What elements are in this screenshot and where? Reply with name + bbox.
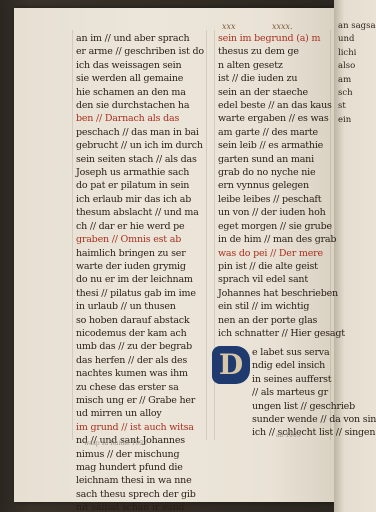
text-line: warte der iuden grymig bbox=[76, 260, 204, 273]
text-line: do pat er pilatum in sein bbox=[76, 179, 204, 192]
text-line: grab do no nyche nie bbox=[218, 166, 345, 179]
text-line: warte ergaben // es was bbox=[218, 112, 345, 125]
text-line: mag hundert pfund die bbox=[76, 461, 204, 474]
text-line: so hoben darauf abstack bbox=[76, 314, 204, 327]
text-line: ich schnatter // Hier gesagt bbox=[218, 327, 345, 340]
text-line: zu chese das erster sa bbox=[76, 381, 204, 394]
text-line: ern vynnus gelegen bbox=[218, 179, 345, 192]
text-line: pin ist // die alte geist bbox=[218, 260, 345, 273]
text-line: im grund // ist auch witsa bbox=[76, 421, 204, 434]
text-line: am garte // des marte bbox=[218, 126, 345, 139]
text-line: nen an der porte glas bbox=[218, 314, 345, 327]
initial-glyph: D bbox=[219, 348, 243, 381]
text-line: den sie durchstachen ha bbox=[76, 99, 204, 112]
text-line: ch // dar er hie werd pe bbox=[76, 220, 204, 233]
text-line: graben // Omnis est ab bbox=[76, 233, 204, 246]
text-line: sein leib // es armathie bbox=[218, 139, 345, 152]
text-line: umb das // zu der begrab bbox=[76, 340, 204, 353]
text-line: sie werden all gemaine bbox=[76, 72, 204, 85]
facing-page-text: an sagsadundlichialsoamschstein bbox=[338, 20, 376, 127]
text-line: sunder wende // da von sin bbox=[252, 413, 376, 426]
text-line: ud mirren un alloy bbox=[76, 407, 204, 420]
text-line: also bbox=[338, 60, 376, 73]
right-column-text: sein im begrund (a) mthesus zu dem gen a… bbox=[218, 32, 345, 340]
folio-mark: xxx bbox=[222, 22, 236, 31]
text-line: sein im begrund (a) m bbox=[218, 32, 345, 45]
text-line: hie schamen an den ma bbox=[76, 86, 204, 99]
text-line: und bbox=[338, 33, 376, 46]
text-line: in de him // man des grab bbox=[218, 233, 345, 246]
text-line: sein seiten stach // als das bbox=[76, 153, 204, 166]
text-line: er arme // geschriben ist do bbox=[76, 45, 204, 58]
text-line: sach thesu sprech der gib bbox=[76, 488, 204, 501]
text-line: ich erlaub mir das ich ab bbox=[76, 193, 204, 206]
pencil-note: ab 1003 bbox=[276, 432, 301, 439]
text-line: in urlaub // un thusen bbox=[76, 300, 204, 313]
text-line: ungen list // geschrieb bbox=[252, 400, 376, 413]
text-line: peschach // das man in bai bbox=[76, 126, 204, 139]
text-line: am bbox=[338, 74, 376, 87]
text-line: ndig edel insich bbox=[252, 359, 376, 372]
text-line: eget morgen // sie grube bbox=[218, 220, 345, 233]
text-line: edel beste // an das kaus bbox=[218, 99, 345, 112]
text-line: gebrucht // un ich im durch bbox=[76, 139, 204, 152]
text-line: thesus zu dem ge bbox=[218, 45, 345, 58]
text-line: sch bbox=[338, 87, 376, 100]
text-line: nicodemus der kam ach bbox=[76, 327, 204, 340]
text-line: Joseph us armathie sach bbox=[76, 166, 204, 179]
text-line: ein stil // im wichtig bbox=[218, 300, 345, 313]
text-line: garten sund an mani bbox=[218, 153, 345, 166]
pencil-note: wasp sa Ruime 1993 bbox=[84, 440, 147, 447]
text-line: lichi bbox=[338, 47, 376, 60]
ruling-line bbox=[206, 30, 207, 440]
text-line: nimus // der mischung bbox=[76, 448, 204, 461]
text-line: // als marteus gr bbox=[252, 386, 376, 399]
text-line: was do pei // Der mere bbox=[218, 247, 345, 260]
text-line: misch ung er // Grabe her bbox=[76, 394, 204, 407]
text-line: st bbox=[338, 100, 376, 113]
text-line: sein an der staeche bbox=[218, 86, 345, 99]
text-line: e labet sus serva bbox=[252, 346, 376, 359]
text-line: ich das weissagen sein bbox=[76, 59, 204, 72]
text-line: thesi // pilatus gab im ime bbox=[76, 287, 204, 300]
text-line: Johannes hat beschrieben bbox=[218, 287, 345, 300]
ruling-line bbox=[72, 30, 73, 440]
text-line: leibe leibes // peschaft bbox=[218, 193, 345, 206]
text-line: in seines aufferst bbox=[252, 373, 376, 386]
text-line: ist // die iuden zu bbox=[218, 72, 345, 85]
text-line: ein bbox=[338, 114, 376, 127]
text-line: ben // Darnach als das bbox=[76, 112, 204, 125]
text-beside-initial: e labet sus servandig edel insichin sein… bbox=[252, 346, 376, 440]
text-line: thesum abslacht // und ma bbox=[76, 206, 204, 219]
text-line: haimlich bringen zu ser bbox=[76, 247, 204, 260]
text-line: nit salbat schan ir sund bbox=[76, 501, 204, 512]
folio-number: xxxx. bbox=[272, 22, 293, 31]
text-line: an sagsad bbox=[338, 20, 376, 33]
text-line: sprach vil edel sant bbox=[218, 273, 345, 286]
decorated-initial: D bbox=[212, 346, 250, 384]
text-line: ich // schlecht list // singen bbox=[252, 426, 376, 439]
text-line: leichnam thesi in wa nne bbox=[76, 474, 204, 487]
text-line: do nu er im der leichnam bbox=[76, 273, 204, 286]
text-line: das herfen // der als des bbox=[76, 354, 204, 367]
text-line: un von // der iuden hoh bbox=[218, 206, 345, 219]
text-line: n alten gesetz bbox=[218, 59, 345, 72]
text-line: an im // und aber sprach bbox=[76, 32, 204, 45]
text-line: nachtes kumen was ihm bbox=[76, 367, 204, 380]
